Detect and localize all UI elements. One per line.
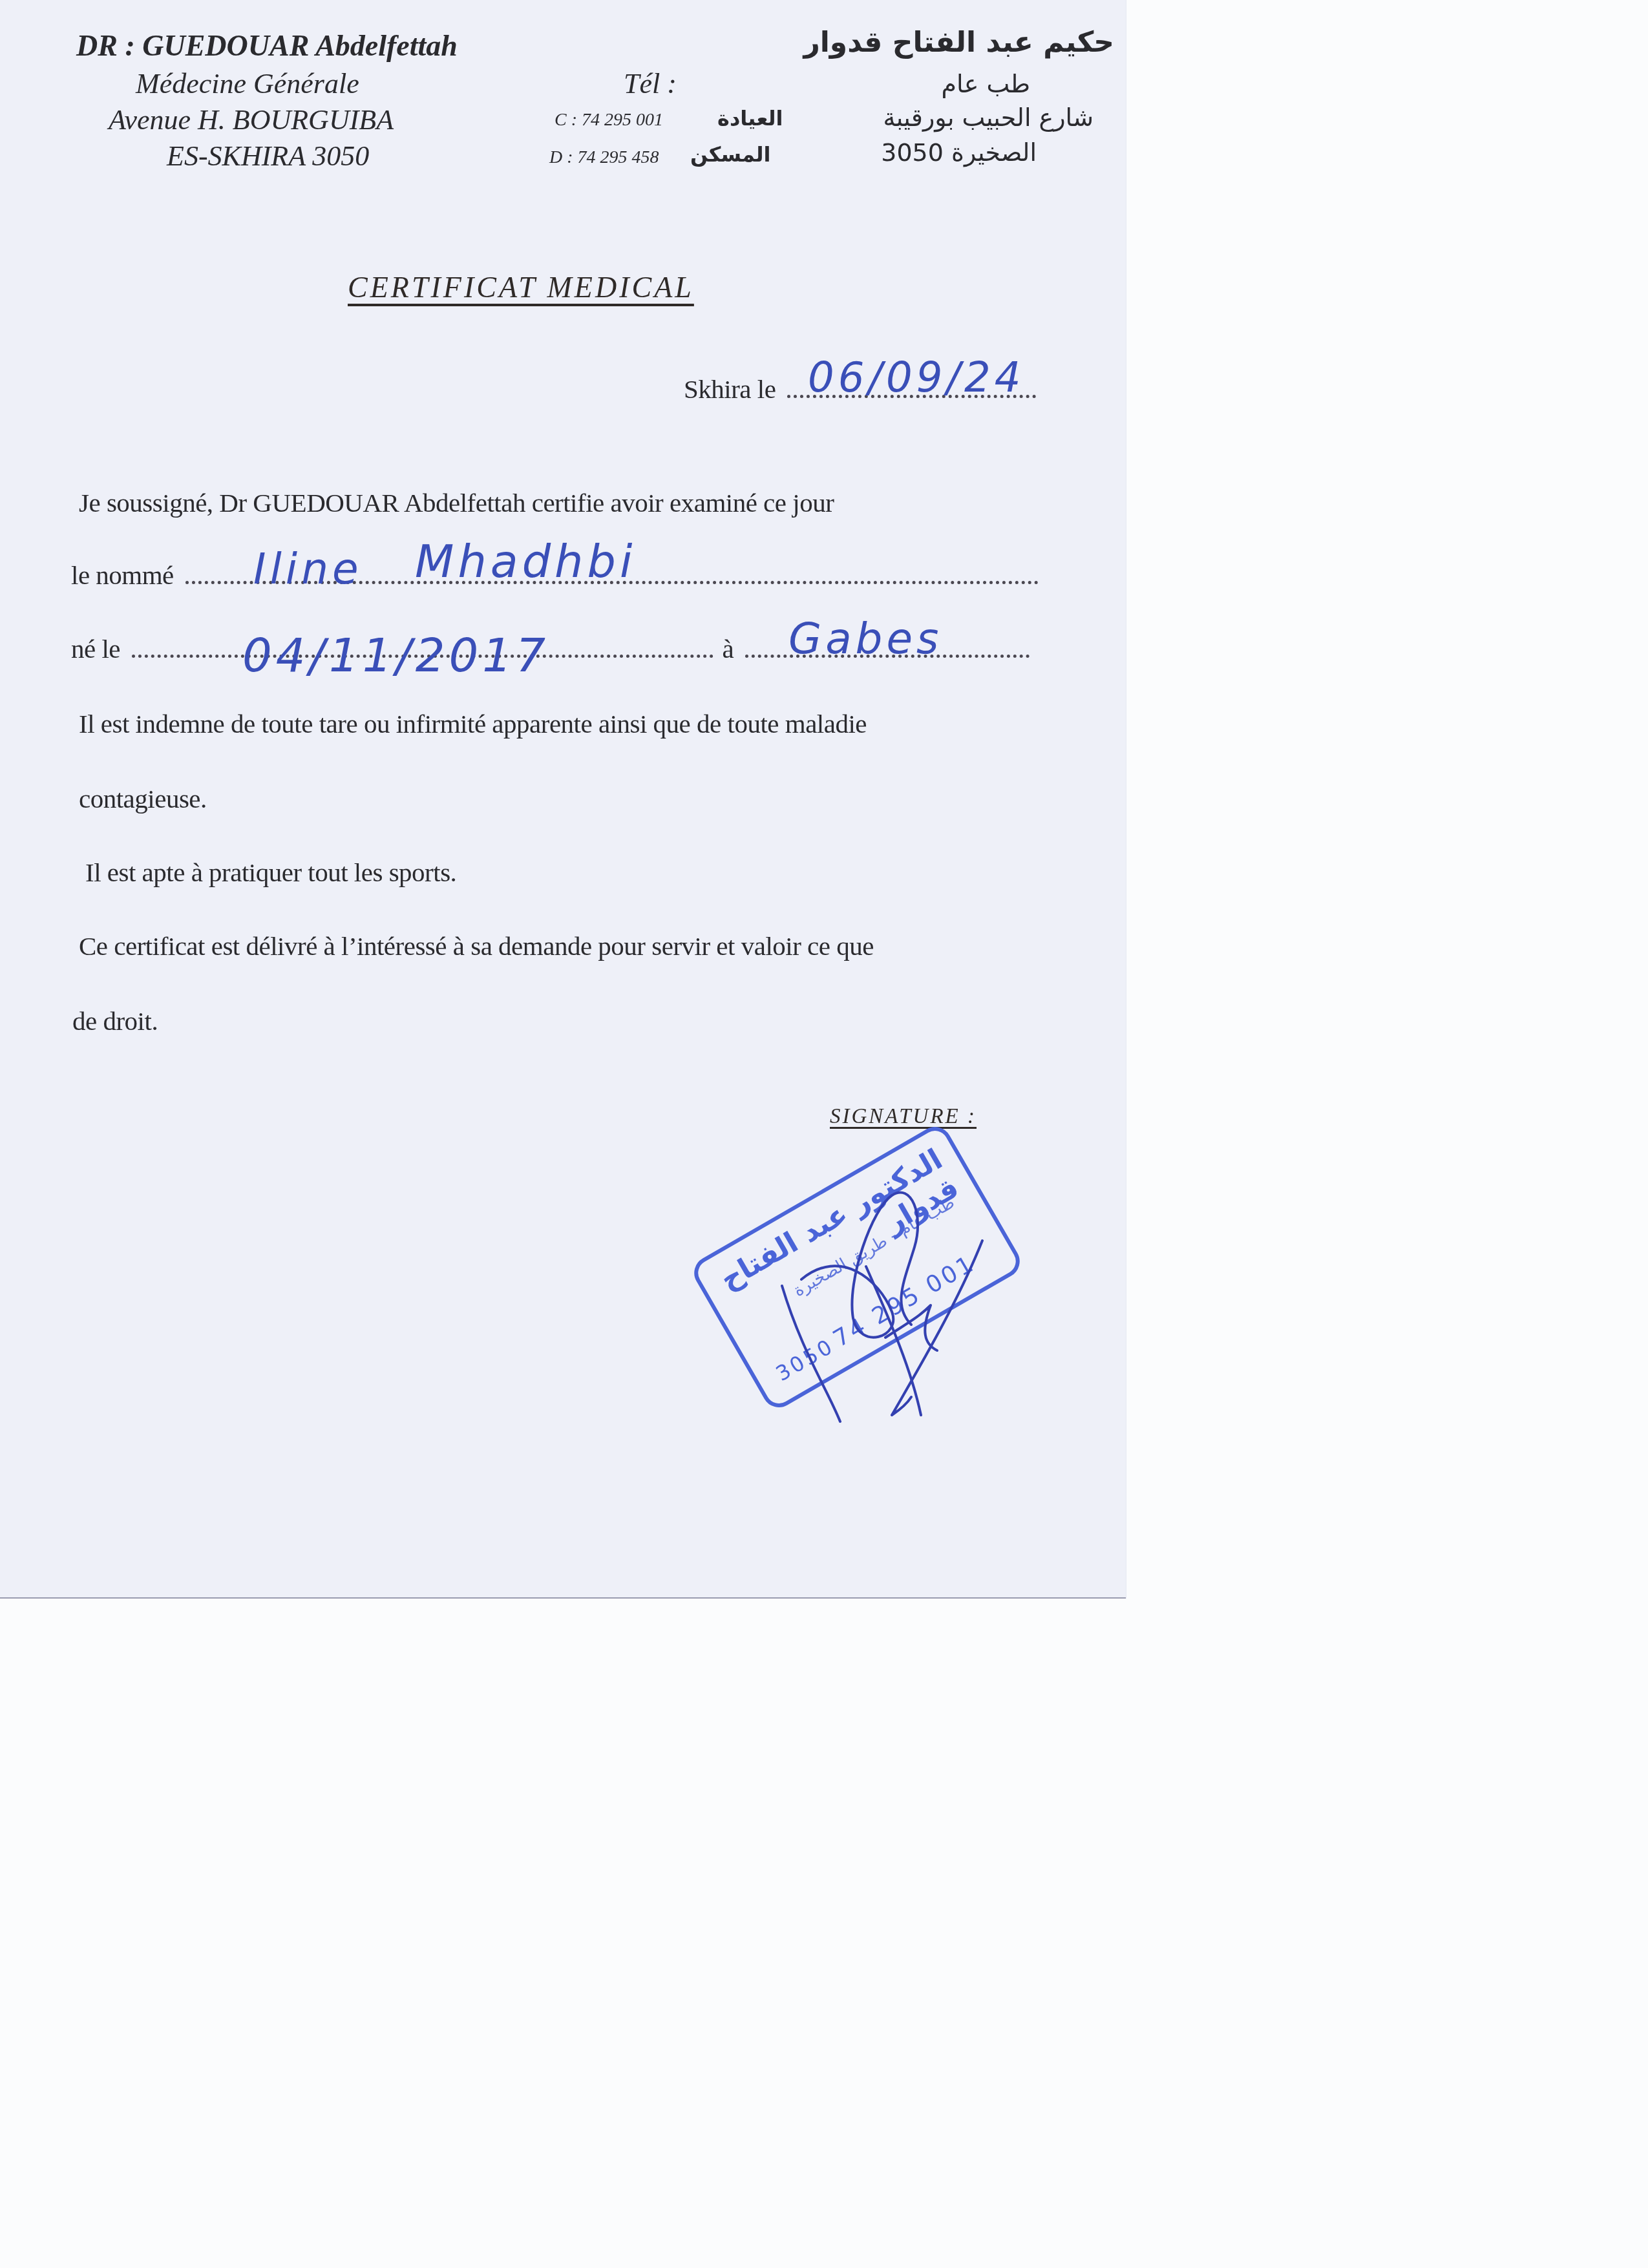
certificate-paper: DR : GUEDOUAR Abdelfettah Médecine Génér… [0,0,1126,1599]
statement-health: Il est indemne de toute tare ou infirmit… [79,708,867,739]
birth-place-label: à [723,634,734,664]
doctor-specialty: Médecine Générale [136,67,359,100]
birth-date-handwritten: 04/11/2017 [242,628,549,682]
doctor-address: Avenue H. BOURGUIBA [109,103,394,136]
phone-home-arabic-label: المسكن [690,142,770,167]
certificate-title: CERTIFICAT MEDICAL [348,270,694,304]
doctor-specialty-arabic: طب عام [942,70,1030,98]
doctor-city-arabic: الصخيرة 3050 [881,138,1037,167]
birth-label: né le [71,634,120,664]
name-label: le nommé [71,560,174,590]
date-handwritten: 06/09/24 [808,354,1024,402]
statement-health-cont: contagieuse. [79,783,207,814]
doctor-city: ES-SKHIRA 3050 [167,140,369,173]
patient-first-name: Iline [253,544,363,594]
phone-clinic: C : 74 295 001 [555,110,663,131]
statement-delivery: Ce certificat est délivré à l’intéressé … [79,930,874,961]
doctor-name-arabic: حكيم عبد الفتاح قدوار [803,26,1114,59]
statement-sports: Il est apte à pratiquer tout les sports. [85,857,456,888]
birth-place-handwritten: Gabes [788,614,942,664]
date-label: Skhira le [684,374,776,404]
doctor-name: DR : GUEDOUAR Abdelfettah [76,28,458,63]
phone-label: Tél : [624,67,677,100]
intro-text: Je soussigné, Dr GUEDOUAR Abdelfettah ce… [79,487,834,518]
phone-clinic-arabic-label: العيادة [717,106,783,131]
doctor-address-arabic: شارع الحبيب بورقيبة [883,103,1093,132]
handwritten-signature [763,1157,1034,1428]
signature-label: SIGNATURE : [830,1105,977,1129]
phone-home: D : 74 295 458 [549,147,659,168]
patient-last-name: Mhadhbi [415,535,636,588]
statement-delivery-cont: de droit. [72,1005,158,1036]
